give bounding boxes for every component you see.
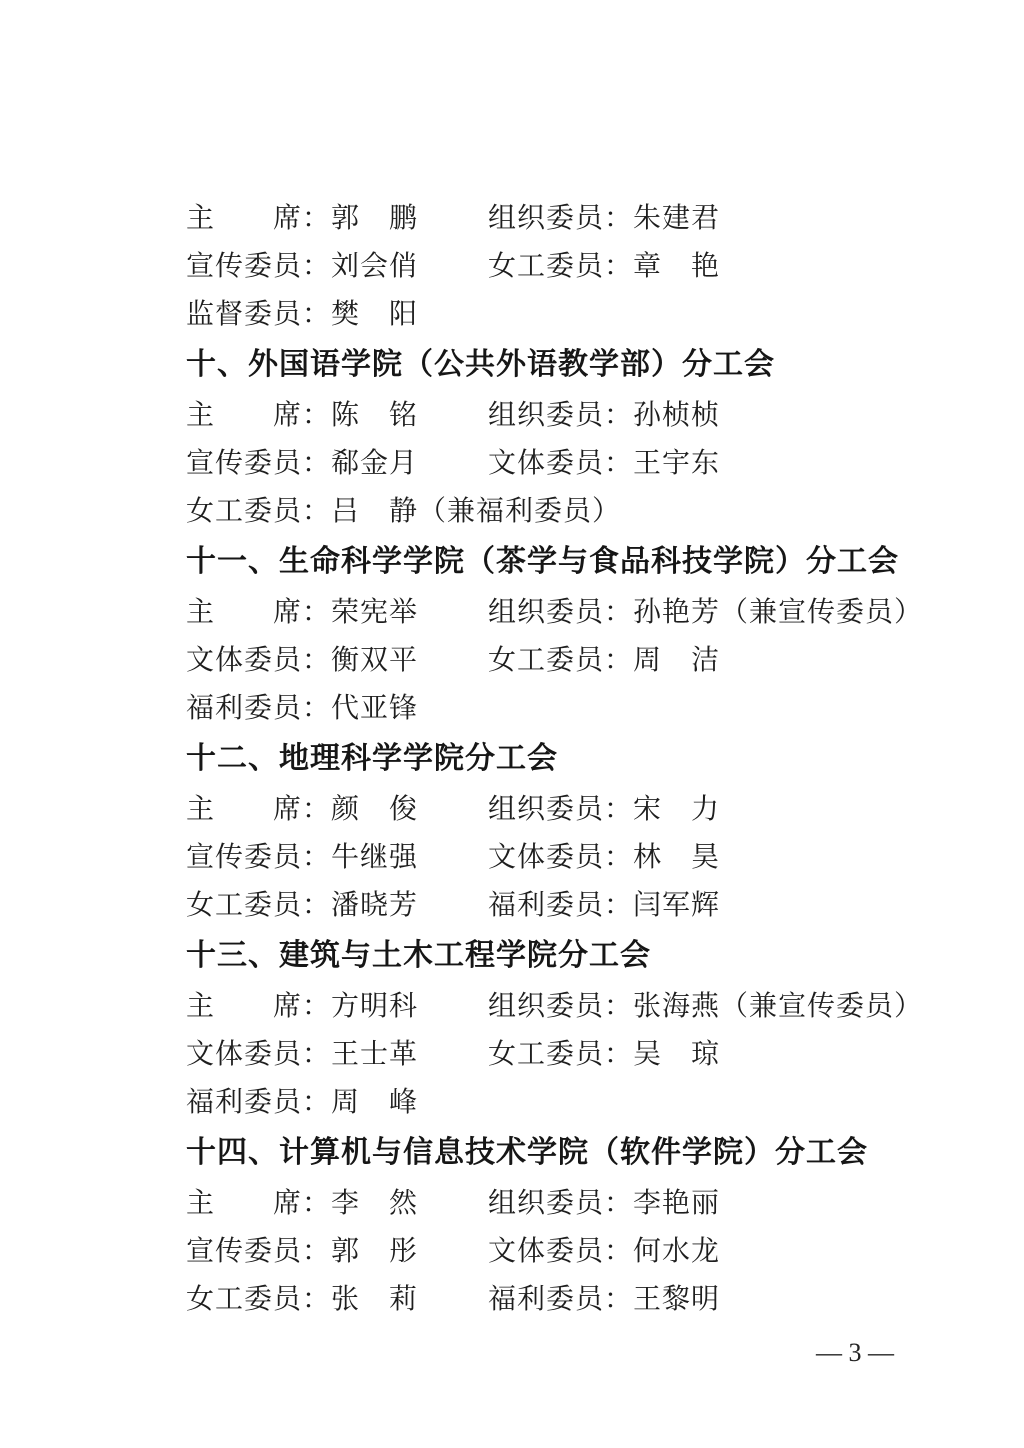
committee-entry: 组织委员：孙桢桢 bbox=[488, 392, 720, 440]
committee-entry: 组织委员：李艳丽 bbox=[488, 1180, 720, 1228]
committee-entry: 主 席：郭 鹏 bbox=[186, 195, 488, 243]
committee-entry: 监督委员：樊 阳 bbox=[186, 291, 488, 339]
committee-entry: 宣传委员：刘会俏 bbox=[186, 243, 488, 291]
committee-entry: 女工委员：章 艳 bbox=[488, 243, 720, 291]
committee-row: 福利委员：周 峰 bbox=[186, 1079, 964, 1127]
committee-entry: 文体委员：衡双平 bbox=[186, 637, 488, 685]
committee-entry: 女工委员：潘晓芳 bbox=[186, 882, 488, 930]
committee-entry: 主 席：荣宪举 bbox=[186, 589, 488, 637]
page-number: — 3 — bbox=[816, 1338, 894, 1368]
committee-entry: 女工委员：吴 琼 bbox=[488, 1031, 720, 1079]
committee-entry: 文体委员：王宇东 bbox=[488, 440, 720, 488]
section-heading: 十三、建筑与土木工程学院分工会 bbox=[186, 932, 964, 980]
committee-entry: 福利委员：代亚锋 bbox=[186, 685, 488, 733]
committee-entry: 组织委员：张海燕（兼宣传委员） bbox=[488, 983, 923, 1031]
committee-entry: 主 席：陈 铭 bbox=[186, 392, 488, 440]
committee-entry: 主 席：颜 俊 bbox=[186, 786, 488, 834]
committee-row: 文体委员：王士革 女工委员：吴 琼 bbox=[186, 1031, 964, 1079]
committee-entry: 宣传委员：郭 彤 bbox=[186, 1228, 488, 1276]
committee-entry: 文体委员：林 昊 bbox=[488, 834, 720, 882]
committee-row: 宣传委员：郭 彤 文体委员：何水龙 bbox=[186, 1228, 964, 1276]
section-heading: 十二、地理科学学院分工会 bbox=[186, 735, 964, 783]
committee-row: 主 席：郭 鹏 组织委员：朱建君 bbox=[186, 195, 964, 243]
committee-entry: 组织委员：朱建君 bbox=[488, 195, 720, 243]
committee-entry: 宣传委员：郗金月 bbox=[186, 440, 488, 488]
committee-entry: 主 席：李 然 bbox=[186, 1180, 488, 1228]
committee-entry: 女工委员：吕 静（兼福利委员） bbox=[186, 488, 621, 536]
committee-entry: 女工委员：周 洁 bbox=[488, 637, 720, 685]
committee-row: 主 席：李 然 组织委员：李艳丽 bbox=[186, 1180, 964, 1228]
committee-entry: 文体委员：王士革 bbox=[186, 1031, 488, 1079]
section-heading: 十四、计算机与信息技术学院（软件学院）分工会 bbox=[186, 1129, 964, 1177]
committee-entry: 组织委员：孙艳芳（兼宣传委员） bbox=[488, 589, 923, 637]
committee-row: 主 席：方明科 组织委员：张海燕（兼宣传委员） bbox=[186, 983, 964, 1031]
committee-entry: 文体委员：何水龙 bbox=[488, 1228, 720, 1276]
committee-entry: 福利委员：闫军辉 bbox=[488, 882, 720, 930]
committee-row: 主 席：颜 俊 组织委员：宋 力 bbox=[186, 786, 964, 834]
committee-row: 监督委员：樊 阳 bbox=[186, 291, 964, 339]
committee-row: 女工委员：张 莉 福利委员：王黎明 bbox=[186, 1276, 964, 1324]
committee-entry: 女工委员：张 莉 bbox=[186, 1276, 488, 1324]
committee-entry: 福利委员：王黎明 bbox=[488, 1276, 720, 1324]
committee-entry: 宣传委员：牛继强 bbox=[186, 834, 488, 882]
document-body: 主 席：郭 鹏 组织委员：朱建君 宣传委员：刘会俏 女工委员：章 艳 监督委员：… bbox=[186, 195, 964, 1324]
committee-row: 宣传委员：牛继强 文体委员：林 昊 bbox=[186, 834, 964, 882]
committee-entry: 主 席：方明科 bbox=[186, 983, 488, 1031]
section-heading: 十、外国语学院（公共外语教学部）分工会 bbox=[186, 341, 964, 389]
committee-row: 女工委员：吕 静（兼福利委员） bbox=[186, 488, 964, 536]
committee-row: 女工委员：潘晓芳 福利委员：闫军辉 bbox=[186, 882, 964, 930]
committee-row: 宣传委员：刘会俏 女工委员：章 艳 bbox=[186, 243, 964, 291]
section-heading: 十一、生命科学学院（茶学与食品科技学院）分工会 bbox=[186, 538, 964, 586]
document-page: 主 席：郭 鹏 组织委员：朱建君 宣传委员：刘会俏 女工委员：章 艳 监督委员：… bbox=[0, 0, 1024, 1448]
committee-row: 宣传委员：郗金月 文体委员：王宇东 bbox=[186, 440, 964, 488]
committee-row: 主 席：荣宪举 组织委员：孙艳芳（兼宣传委员） bbox=[186, 589, 964, 637]
committee-row: 主 席：陈 铭 组织委员：孙桢桢 bbox=[186, 392, 964, 440]
committee-row: 福利委员：代亚锋 bbox=[186, 685, 964, 733]
committee-entry: 组织委员：宋 力 bbox=[488, 786, 720, 834]
committee-entry: 福利委员：周 峰 bbox=[186, 1079, 488, 1127]
committee-row: 文体委员：衡双平 女工委员：周 洁 bbox=[186, 637, 964, 685]
